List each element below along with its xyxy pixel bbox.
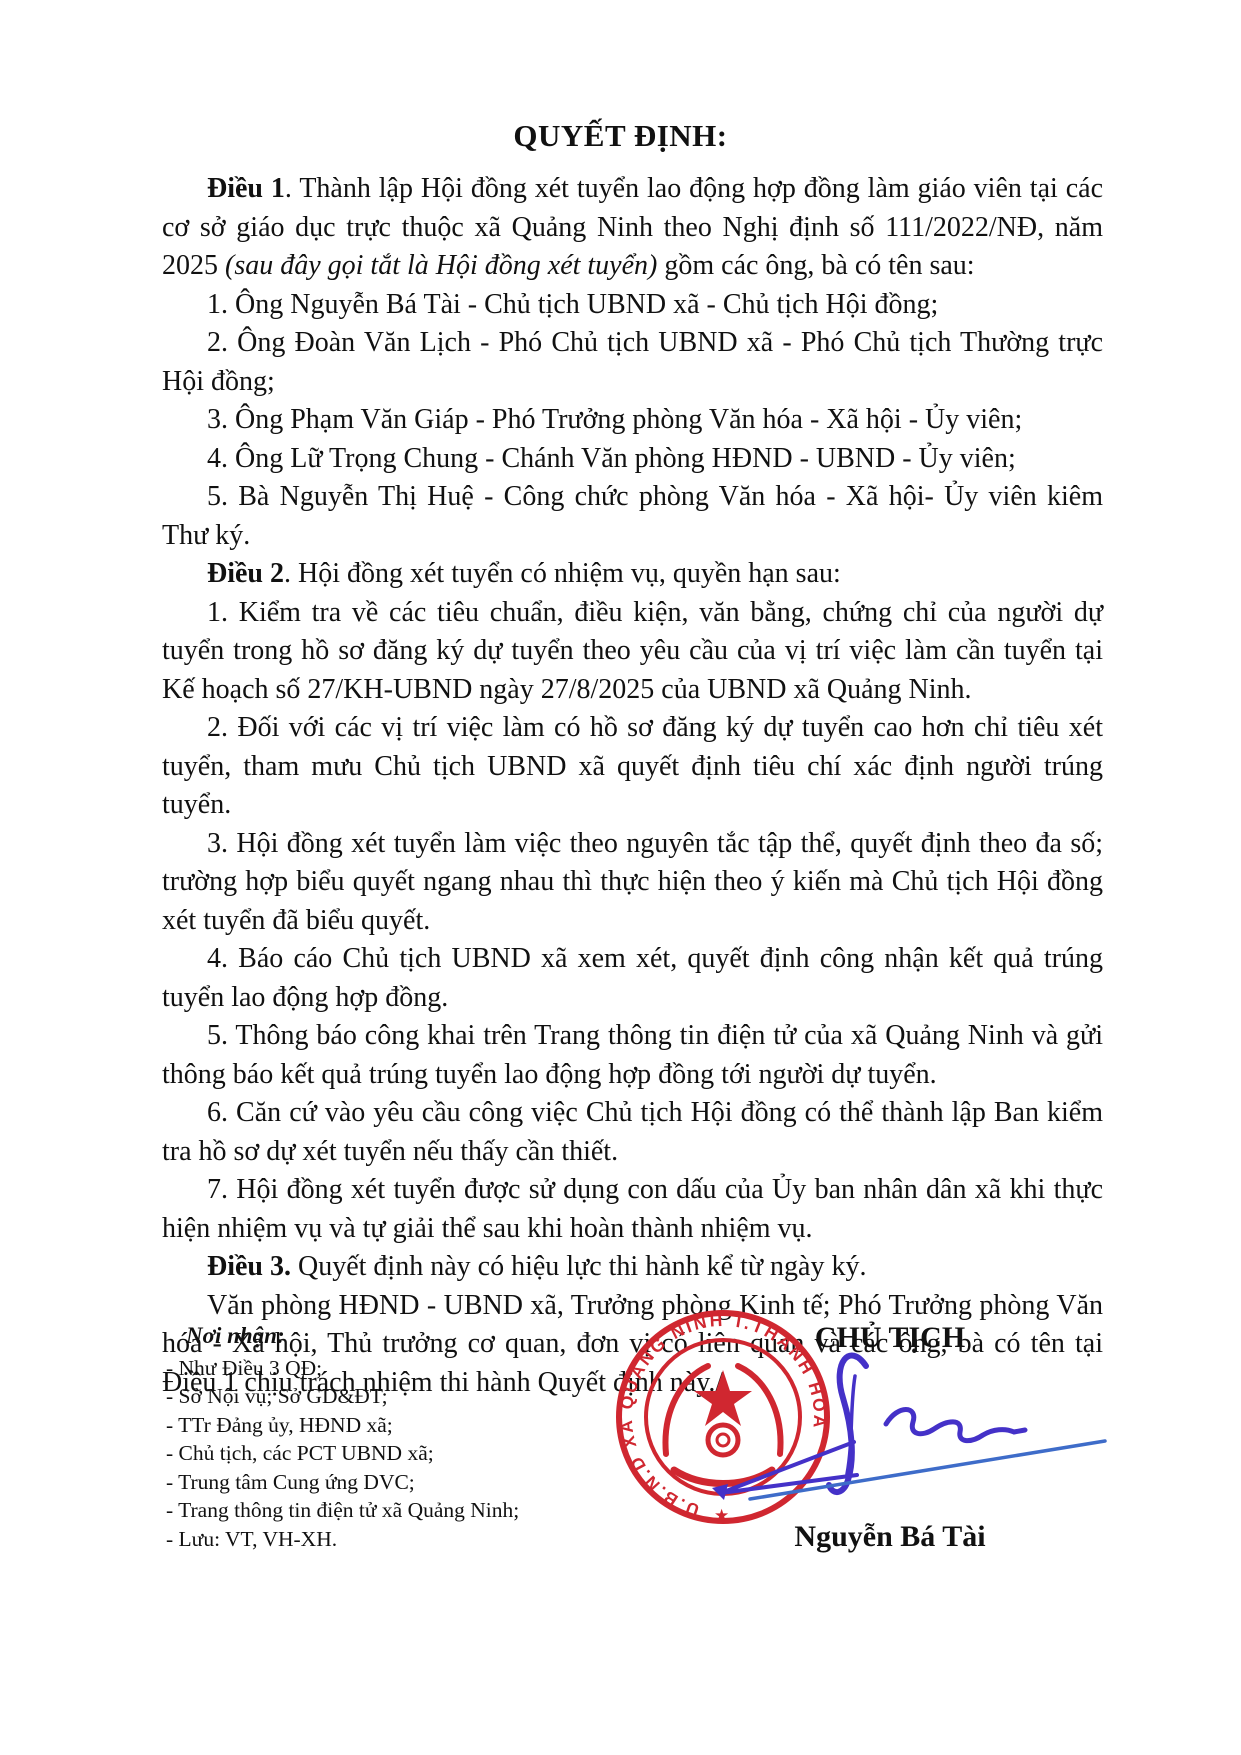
body-paragraph: 7. Hội đồng xét tuyển được sử dụng con d… [162,1171,1103,1248]
recipient-item: - Sở Nội vụ; Sở GD&ĐT; [166,1382,596,1411]
recipient-item: - Trang thông tin điện tử xã Quảng Ninh; [166,1496,596,1525]
text-run: 3. Ông Phạm Văn Giáp - Phó Trưởng phòng … [207,404,1022,435]
text-run: 2. Đối với các vị trí việc làm có hồ sơ … [162,712,1103,820]
recipient-item: - Lưu: VT, VH-XH. [166,1525,596,1554]
body-paragraph: 5. Thông báo công khai trên Trang thông … [162,1017,1103,1094]
text-run: (sau đây gọi tắt là Hội đồng xét tuyển) [225,250,657,281]
body-paragraph: 4. Ông Lữ Trọng Chung - Chánh Văn phòng … [162,440,1103,479]
text-run: 5. Bà Nguyễn Thị Huệ - Công chức phòng V… [162,481,1103,551]
text-run: 1. Kiểm tra về các tiêu chuẩn, điều kiện… [162,597,1103,705]
text-run: Quyết định này có hiệu lực thi hành kể t… [291,1251,866,1282]
body-paragraph: 1. Kiểm tra về các tiêu chuẩn, điều kiện… [162,594,1103,710]
text-run: Điều 2 [207,558,284,589]
text-run: Điều 1 [207,173,285,204]
recipient-item: - TTr Đảng ủy, HĐND xã; [166,1411,596,1440]
body-paragraph: Điều 2. Hội đồng xét tuyển có nhiệm vụ, … [162,555,1103,594]
text-run: 2. Ông Đoàn Văn Lịch - Phó Chủ tịch UBND… [162,327,1103,397]
body-paragraph: 2. Ông Đoàn Văn Lịch - Phó Chủ tịch UBND… [162,324,1103,401]
document-title: QUYẾT ĐỊNH: [0,0,1241,154]
text-run: 7. Hội đồng xét tuyển được sử dụng con d… [162,1174,1103,1244]
text-run: 6. Căn cứ vào yêu cầu công việc Chủ tịch… [162,1097,1103,1167]
text-run: 3. Hội đồng xét tuyển làm việc theo nguy… [162,828,1103,936]
text-run: gồm các ông, bà có tên sau: [657,250,974,281]
text-run: . Hội đồng xét tuyển có nhiệm vụ, quyền … [284,558,841,589]
signer-name: Nguyễn Bá Tài [700,1520,1080,1554]
text-run: 4. Ông Lữ Trọng Chung - Chánh Văn phòng … [207,443,1016,474]
body-paragraph: 3. Hội đồng xét tuyển làm việc theo nguy… [162,825,1103,941]
recipient-item: - Như Điều 3 QĐ; [166,1354,596,1383]
body-paragraph: Điều 3. Quyết định này có hiệu lực thi h… [162,1248,1103,1287]
recipients-block: Nơi nhận: - Như Điều 3 QĐ;- Sở Nội vụ; S… [166,1322,596,1553]
recipients-header: Nơi nhận: [166,1322,596,1351]
body-paragraph: 1. Ông Nguyễn Bá Tài - Chủ tịch UBND xã … [162,286,1103,325]
body-paragraph: Điều 1. Thành lập Hội đồng xét tuyển lao… [162,170,1103,286]
document-page: QUYẾT ĐỊNH: Điều 1. Thành lập Hội đồng x… [0,0,1241,1755]
text-run: Điều 3. [207,1251,291,1282]
text-run: 4. Báo cáo Chủ tịch UBND xã xem xét, quy… [162,943,1103,1013]
body-paragraph: 6. Căn cứ vào yêu cầu công việc Chủ tịch… [162,1094,1103,1171]
recipients-list: - Như Điều 3 QĐ;- Sở Nội vụ; Sở GD&ĐT;- … [166,1354,596,1554]
text-run: 1. Ông Nguyễn Bá Tài - Chủ tịch UBND xã … [207,289,938,320]
recipient-item: - Trung tâm Cung ứng DVC; [166,1468,596,1497]
body-paragraph: 3. Ông Phạm Văn Giáp - Phó Trưởng phòng … [162,401,1103,440]
document-body: Điều 1. Thành lập Hội đồng xét tuyển lao… [162,170,1103,1402]
text-run: 5. Thông báo công khai trên Trang thông … [162,1020,1103,1090]
signature-ink [600,1340,1120,1525]
body-paragraph: 5. Bà Nguyễn Thị Huệ - Công chức phòng V… [162,478,1103,555]
body-paragraph: 4. Báo cáo Chủ tịch UBND xã xem xét, quy… [162,940,1103,1017]
body-paragraph: 2. Đối với các vị trí việc làm có hồ sơ … [162,709,1103,825]
recipient-item: - Chủ tịch, các PCT UBND xã; [166,1439,596,1468]
